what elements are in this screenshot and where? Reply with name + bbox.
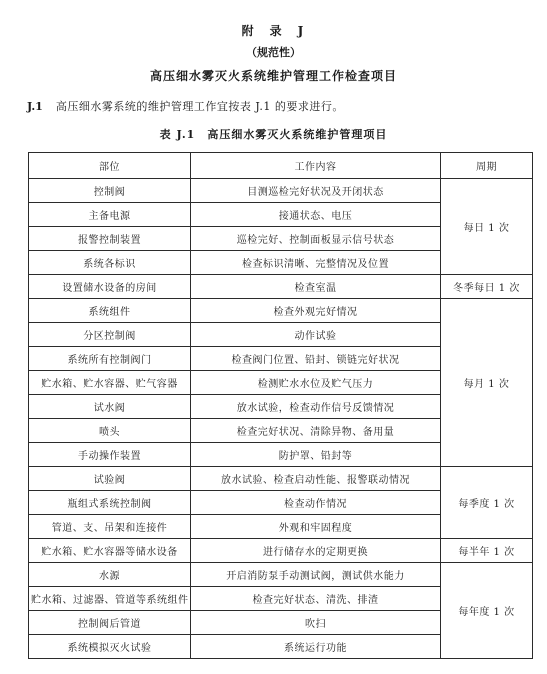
content-cell: 目测巡检完好状况及开闭状态: [191, 179, 441, 203]
appendix-subtitle: 高压细水雾灭火系统维护管理工作检查项目: [0, 67, 547, 84]
period-cell: 冬季每日 1 次: [441, 275, 533, 299]
part-cell: 试水阀: [29, 395, 191, 419]
part-cell: 系统各标识: [29, 251, 191, 275]
part-cell: 贮水箱、贮水容器等储水设备: [29, 539, 191, 563]
content-cell: 接通状态、电压: [191, 203, 441, 227]
maintenance-table: 部位工作内容周期 控制阀目测巡检完好状况及开闭状态每日 1 次主备电源接通状态、…: [28, 152, 533, 659]
table-row: 控制阀目测巡检完好状况及开闭状态每日 1 次: [29, 179, 533, 203]
part-cell: 水源: [29, 563, 191, 587]
content-cell: 巡检完好、控制面板显示信号状态: [191, 227, 441, 251]
table-row: 贮水箱、贮水容器等储水设备进行储存水的定期更换每半年 1 次: [29, 539, 533, 563]
content-cell: 开启消防泵手动测试阀，测试供水能力: [191, 563, 441, 587]
part-cell: 瓶组式系统控制阀: [29, 491, 191, 515]
period-cell: 每月 1 次: [441, 299, 533, 467]
content-cell: 检查动作情况: [191, 491, 441, 515]
appendix-title: 附 录 J: [0, 0, 547, 39]
table-row: 试验阀放水试验、检查启动性能、报警联动情况每季度 1 次: [29, 467, 533, 491]
part-cell: 控制阀后管道: [29, 611, 191, 635]
content-cell: 吹扫: [191, 611, 441, 635]
part-cell: 系统模拟灭火试验: [29, 635, 191, 659]
part-cell: 手动操作装置: [29, 443, 191, 467]
content-cell: 检测贮水水位及贮气压力: [191, 371, 441, 395]
content-cell: 检查标识清晰、完整情况及位置: [191, 251, 441, 275]
clause-text: 高压细水雾系统的维护管理工作宜按表 J.1 的要求进行。: [56, 100, 344, 113]
table-caption: 表 J.1 高压细水雾灭火系统维护管理项目: [0, 126, 547, 142]
period-cell: 每日 1 次: [441, 179, 533, 275]
part-cell: 贮水箱、贮水容器、贮气容器: [29, 371, 191, 395]
part-cell: 设置储水设备的房间: [29, 275, 191, 299]
content-cell: 动作试验: [191, 323, 441, 347]
content-cell: 检查完好状态、清洗、排渣: [191, 587, 441, 611]
part-cell: 报警控制装置: [29, 227, 191, 251]
content-cell: 防护罩、铅封等: [191, 443, 441, 467]
content-cell: 检查外观完好情况: [191, 299, 441, 323]
part-cell: 系统所有控制阀门: [29, 347, 191, 371]
clause-j1: J.1 高压细水雾系统的维护管理工作宜按表 J.1 的要求进行。: [27, 99, 521, 114]
content-cell: 检查阀门位置、铅封、锁链完好状况: [191, 347, 441, 371]
content-cell: 放水试验，检查动作信号反馈情况: [191, 395, 441, 419]
part-cell: 主备电源: [29, 203, 191, 227]
part-cell: 系统组件: [29, 299, 191, 323]
content-cell: 检查室温: [191, 275, 441, 299]
table-header-row: 部位工作内容周期: [29, 153, 533, 179]
column-header-1: 工作内容: [191, 153, 441, 179]
table-row: 系统组件检查外观完好情况每月 1 次: [29, 299, 533, 323]
content-cell: 检查完好状况、清除异物、备用量: [191, 419, 441, 443]
content-cell: 放水试验、检查启动性能、报警联动情况: [191, 467, 441, 491]
column-header-2: 周期: [441, 153, 533, 179]
part-cell: 控制阀: [29, 179, 191, 203]
part-cell: 贮水箱、过滤器、管道等系统组件: [29, 587, 191, 611]
document-page: 附 录 J （规范性） 高压细水雾灭火系统维护管理工作检查项目 J.1 高压细水…: [0, 0, 547, 674]
part-cell: 试验阀: [29, 467, 191, 491]
clause-number: J.1: [27, 100, 43, 113]
content-cell: 系统运行功能: [191, 635, 441, 659]
part-cell: 喷头: [29, 419, 191, 443]
content-cell: 外观和牢固程度: [191, 515, 441, 539]
column-header-0: 部位: [29, 153, 191, 179]
period-cell: 每年度 1 次: [441, 563, 533, 659]
part-cell: 管道、支、吊架和连接件: [29, 515, 191, 539]
table-row: 水源开启消防泵手动测试阀，测试供水能力每年度 1 次: [29, 563, 533, 587]
content-cell: 进行储存水的定期更换: [191, 539, 441, 563]
table-row: 设置储水设备的房间检查室温冬季每日 1 次: [29, 275, 533, 299]
part-cell: 分区控制阀: [29, 323, 191, 347]
normative-label: （规范性）: [0, 44, 547, 60]
period-cell: 每半年 1 次: [441, 539, 533, 563]
period-cell: 每季度 1 次: [441, 467, 533, 539]
